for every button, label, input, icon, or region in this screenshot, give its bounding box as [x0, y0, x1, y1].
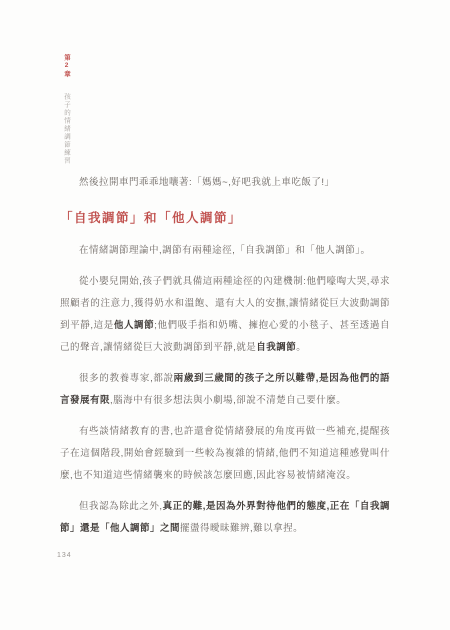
section-heading: 「自我調節」和「他人調節」 [60, 209, 390, 227]
book-page: 第2章 孩子的情緒調節練習 然後拉開車門乖乖地嚷著:「媽媽~,好吧我就上車吃飯了… [0, 0, 450, 630]
paragraph: 從小嬰兒開始,孩子們就具備這兩種途徑的內建機制:他們嚎啕大哭,尋求照顧者的注意力… [60, 271, 390, 359]
chapter-title: 孩子的情緒調節練習 [61, 93, 71, 165]
paragraph: 有些談情緒教育的書,也許還會從情緒發展的角度再做一些補充,提醒孩子在這個階段,開… [60, 421, 390, 487]
chapter-marker: 第2章 孩子的情緒調節練習 [61, 54, 71, 165]
chapter-label: 第2章 [63, 54, 70, 79]
paragraph: 但我認為除此之外,真正的難,是因為外界對待他們的態度,正在「自我調節」還是「他人… [60, 496, 390, 540]
page-number: 134 [57, 552, 72, 559]
paragraph: 很多的教養專家,都說兩歲到三歲間的孩子之所以難帶,是因為他們的語言發展有限,腦海… [60, 368, 390, 412]
paragraph: 在情緒調節理論中,調節有兩種途徑,「自我調節」和「他人調節」。 [60, 240, 390, 262]
paragraph: 然後拉開車門乖乖地嚷著:「媽媽~,好吧我就上車吃飯了!」 [60, 172, 390, 194]
page-content: 然後拉開車門乖乖地嚷著:「媽媽~,好吧我就上車吃飯了!」 「自我調節」和「他人調… [60, 172, 390, 549]
